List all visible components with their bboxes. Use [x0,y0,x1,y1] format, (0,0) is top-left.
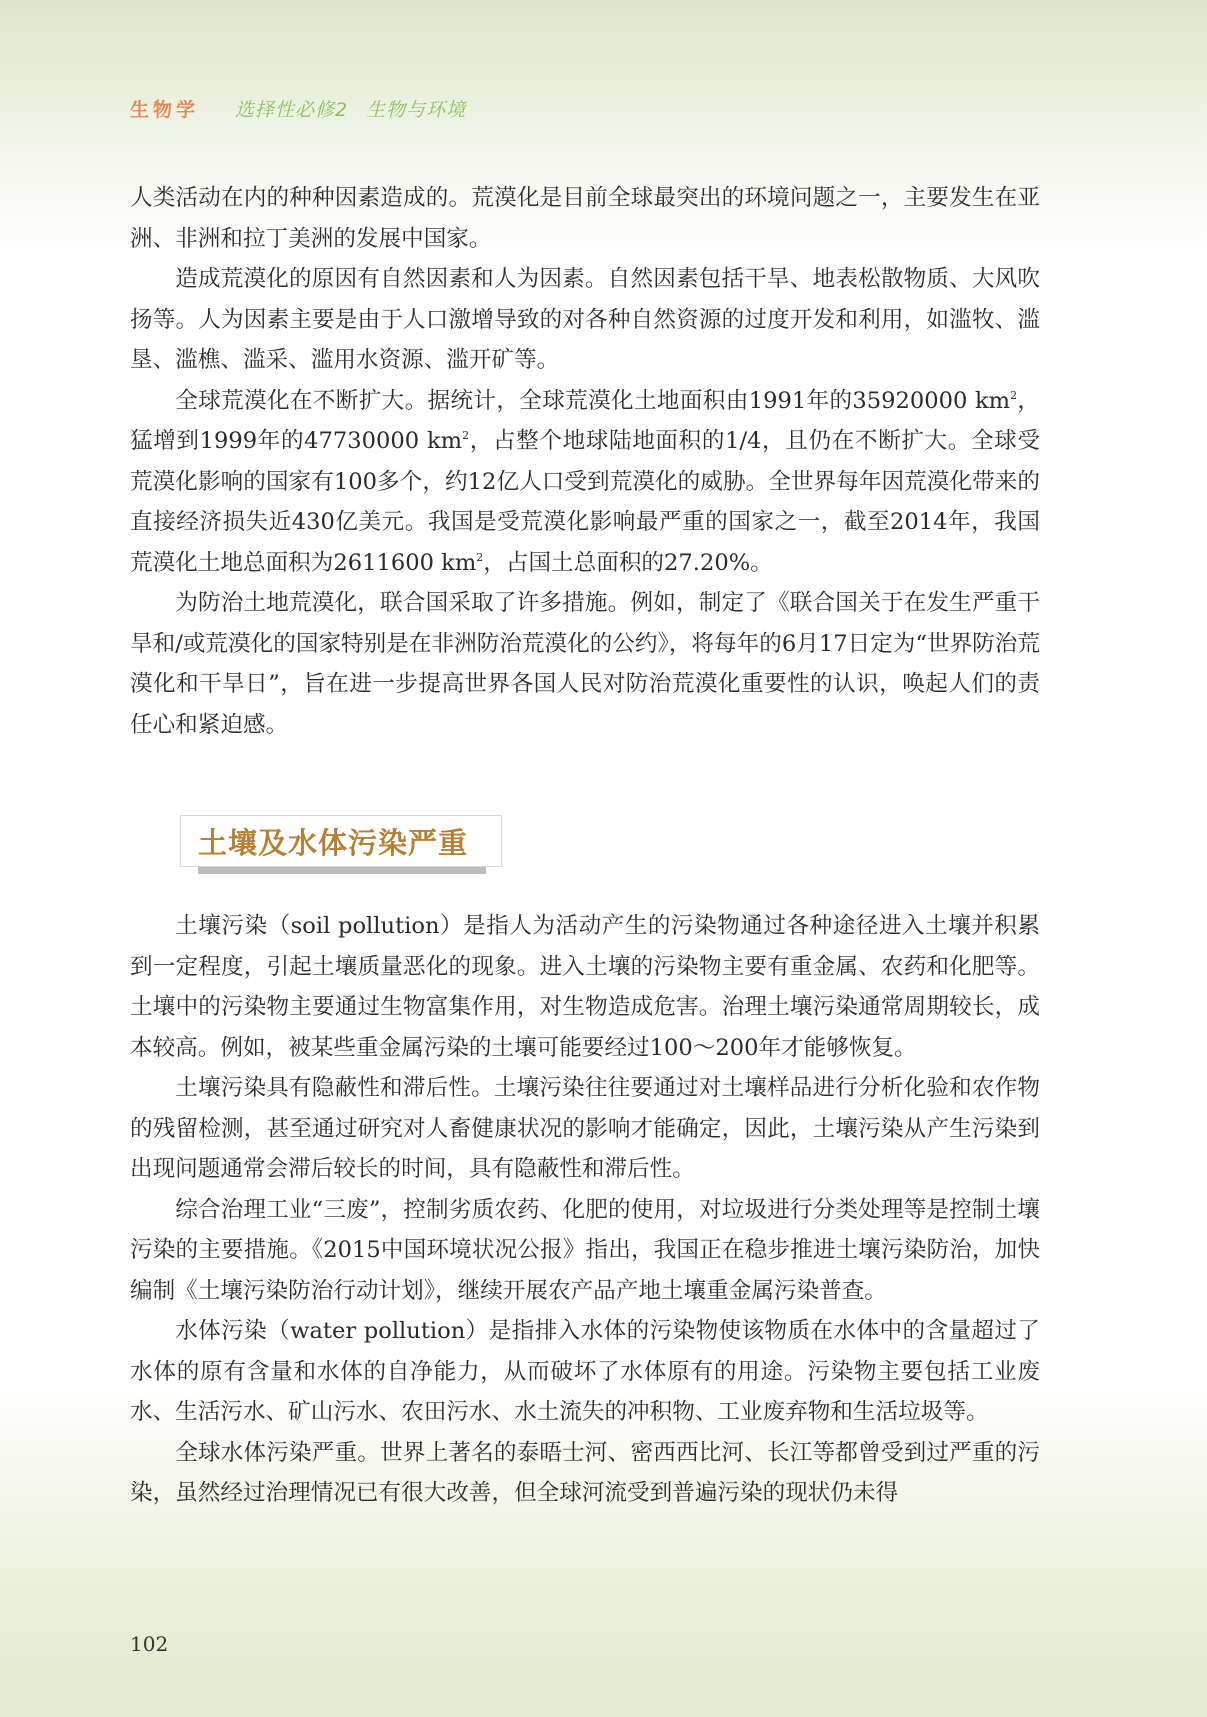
paragraph: 为防治土地荒漠化，联合国采取了许多措施。例如，制定了《联合国关于在发生严重干旱和… [130,583,1040,745]
book-name: 选择性必修2 [235,99,348,121]
paragraph: 综合治理工业“三废”，控制劣质农药、化肥的使用，对垃圾进行分类处理等是控制土壤污… [130,1190,1040,1312]
running-head: 生物学 选择性必修2生物与环境 [130,94,466,122]
paragraph: 造成荒漠化的原因有自然因素和人为因素。自然因素包括干旱、地表松散物质、大风吹扬等… [130,259,1040,381]
book-title: 选择性必修2生物与环境 [235,95,466,122]
pollution-section: 土壤污染（soil pollution）是指人为活动产生的污染物通过各种途径进入… [130,906,1040,1514]
paragraph: 土壤污染（soil pollution）是指人为活动产生的污染物通过各种途径进入… [130,906,1040,1068]
section-title-shadow [198,867,486,874]
page-number: 102 [130,1632,168,1656]
paragraph: 全球水体污染严重。世界上著名的泰晤士河、密西西比河、长江等都曾受到过严重的污染，… [130,1433,1040,1514]
paragraph-statistics: 全球荒漠化在不断扩大。据统计，全球荒漠化土地面积由1991年的35920000 … [130,381,1040,584]
paragraph: 土壤污染具有隐蔽性和滞后性。土壤污染往往要通过对土壤样品进行分析化验和农作物的残… [130,1068,1040,1190]
section-heading: 土壤及水体污染严重 [180,815,502,867]
paragraph: 人类活动在内的种种因素造成的。荒漠化是目前全球最突出的环境问题之一，主要发生在亚… [130,178,1040,259]
section-title: 土壤及水体污染严重 [198,821,468,862]
subject-label: 生物学 [130,95,199,122]
desertification-section: 人类活动在内的种种因素造成的。荒漠化是目前全球最突出的环境问题之一，主要发生在亚… [130,178,1040,745]
unit-name: 生物与环境 [366,99,466,121]
paragraph: 水体污染（water pollution）是指排入水体的污染物使该物质在水体中的… [130,1311,1040,1433]
